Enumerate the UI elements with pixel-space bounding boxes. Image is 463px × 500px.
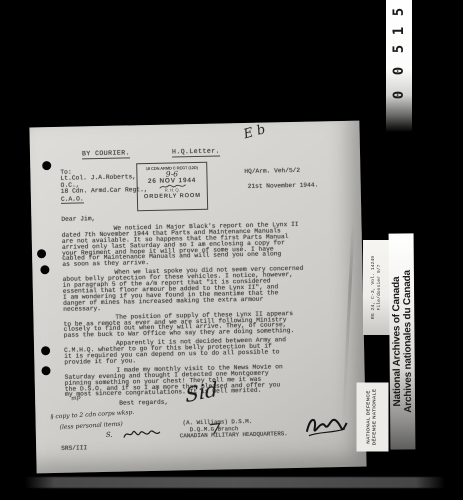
handwritten-signature: Sid: [185, 377, 219, 408]
margin-note-personal: (less personal items): [60, 421, 123, 432]
punch-hole: [41, 346, 50, 355]
film-counter-strip: 5 1 5 0 0: [386, 0, 412, 132]
national-defence-line2: DÉFENSE NATIONALE: [373, 383, 380, 452]
counter-digit: 0: [390, 83, 408, 107]
handwritten-scribble-icon: [122, 426, 162, 443]
national-defence-label: NATIONAL DEFENCE DÉFENSE NATIONALE: [357, 383, 389, 452]
addressee-block: To: Lt.Col. J.A.Roberts, O.C., 18 Cdn. A…: [60, 168, 147, 195]
margin-initial: S.: [106, 431, 113, 439]
punch-hole: [42, 161, 51, 170]
paper-crease: [342, 221, 355, 431]
stamp-orderly-room-line: ORDERLY ROOM: [138, 192, 207, 200]
handwritten-scribble-icon: [302, 411, 351, 440]
national-archives-line2: Archives nationales du Canada: [401, 233, 414, 449]
punch-hole: [41, 366, 50, 375]
signatory-organization: CANADIAN MILITARY HEADQUARTERS.: [180, 430, 288, 439]
handwritten-initials: E b: [242, 122, 267, 142]
microfilm-scan: E b BY COURIER. H.Q.Letter. To: Lt.Col. …: [0, 0, 463, 500]
letter-page: E b BY COURIER. H.Q.Letter. To: Lt.Col. …: [29, 121, 366, 474]
file-reference-number: HQ/Arm. Veh/5/2: [244, 167, 300, 175]
courier-heading: BY COURIER.: [82, 149, 130, 159]
hq-letter-heading: H.Q.Letter.: [172, 148, 220, 158]
letter-paragraph: When we last spoke you did not seem very…: [62, 266, 315, 313]
archive-reference-label: RG 24, C-3, Vol. 14249 File/dossier 9/7: [363, 240, 390, 335]
typist-reference: SRS/III: [61, 444, 87, 452]
national-archives-label: National Archives of Canada Archives nat…: [389, 233, 416, 449]
letter-date: 21st November 1944.: [248, 181, 319, 189]
letter-paragraph: Apparently it is not decided between Arm…: [64, 337, 316, 366]
margin-note-initials: mp: [71, 394, 82, 402]
counter-digit: 5: [390, 37, 408, 61]
margin-note-copy: § copy to 2 cdn corps wksp.: [50, 409, 134, 421]
counter-digit: 0: [390, 59, 408, 83]
punch-hole: [40, 265, 49, 274]
letter-paragraph: We noticed in Major Black's report on th…: [61, 221, 314, 268]
stamp-date: 26 NOV 1944: [137, 177, 206, 185]
punch-hole: [37, 249, 46, 258]
addressee-army: C.A.O.: [61, 195, 84, 203]
letter-body: Dear Jim, We noticed in Major Black's re…: [61, 212, 317, 402]
handwritten-scribble-icon: [208, 421, 224, 435]
letter-paragraph: The position of supply of these Lynx II …: [63, 310, 315, 339]
closing-line: Best regards,: [119, 399, 168, 407]
orderly-room-stamp: 18 CDN ARMD C REGT (12D) 9-6 26 NOV 1944…: [136, 162, 208, 211]
archive-reference-line2: File/dossier 9/7: [377, 240, 383, 335]
film-frame-edge: [25, 477, 445, 488]
